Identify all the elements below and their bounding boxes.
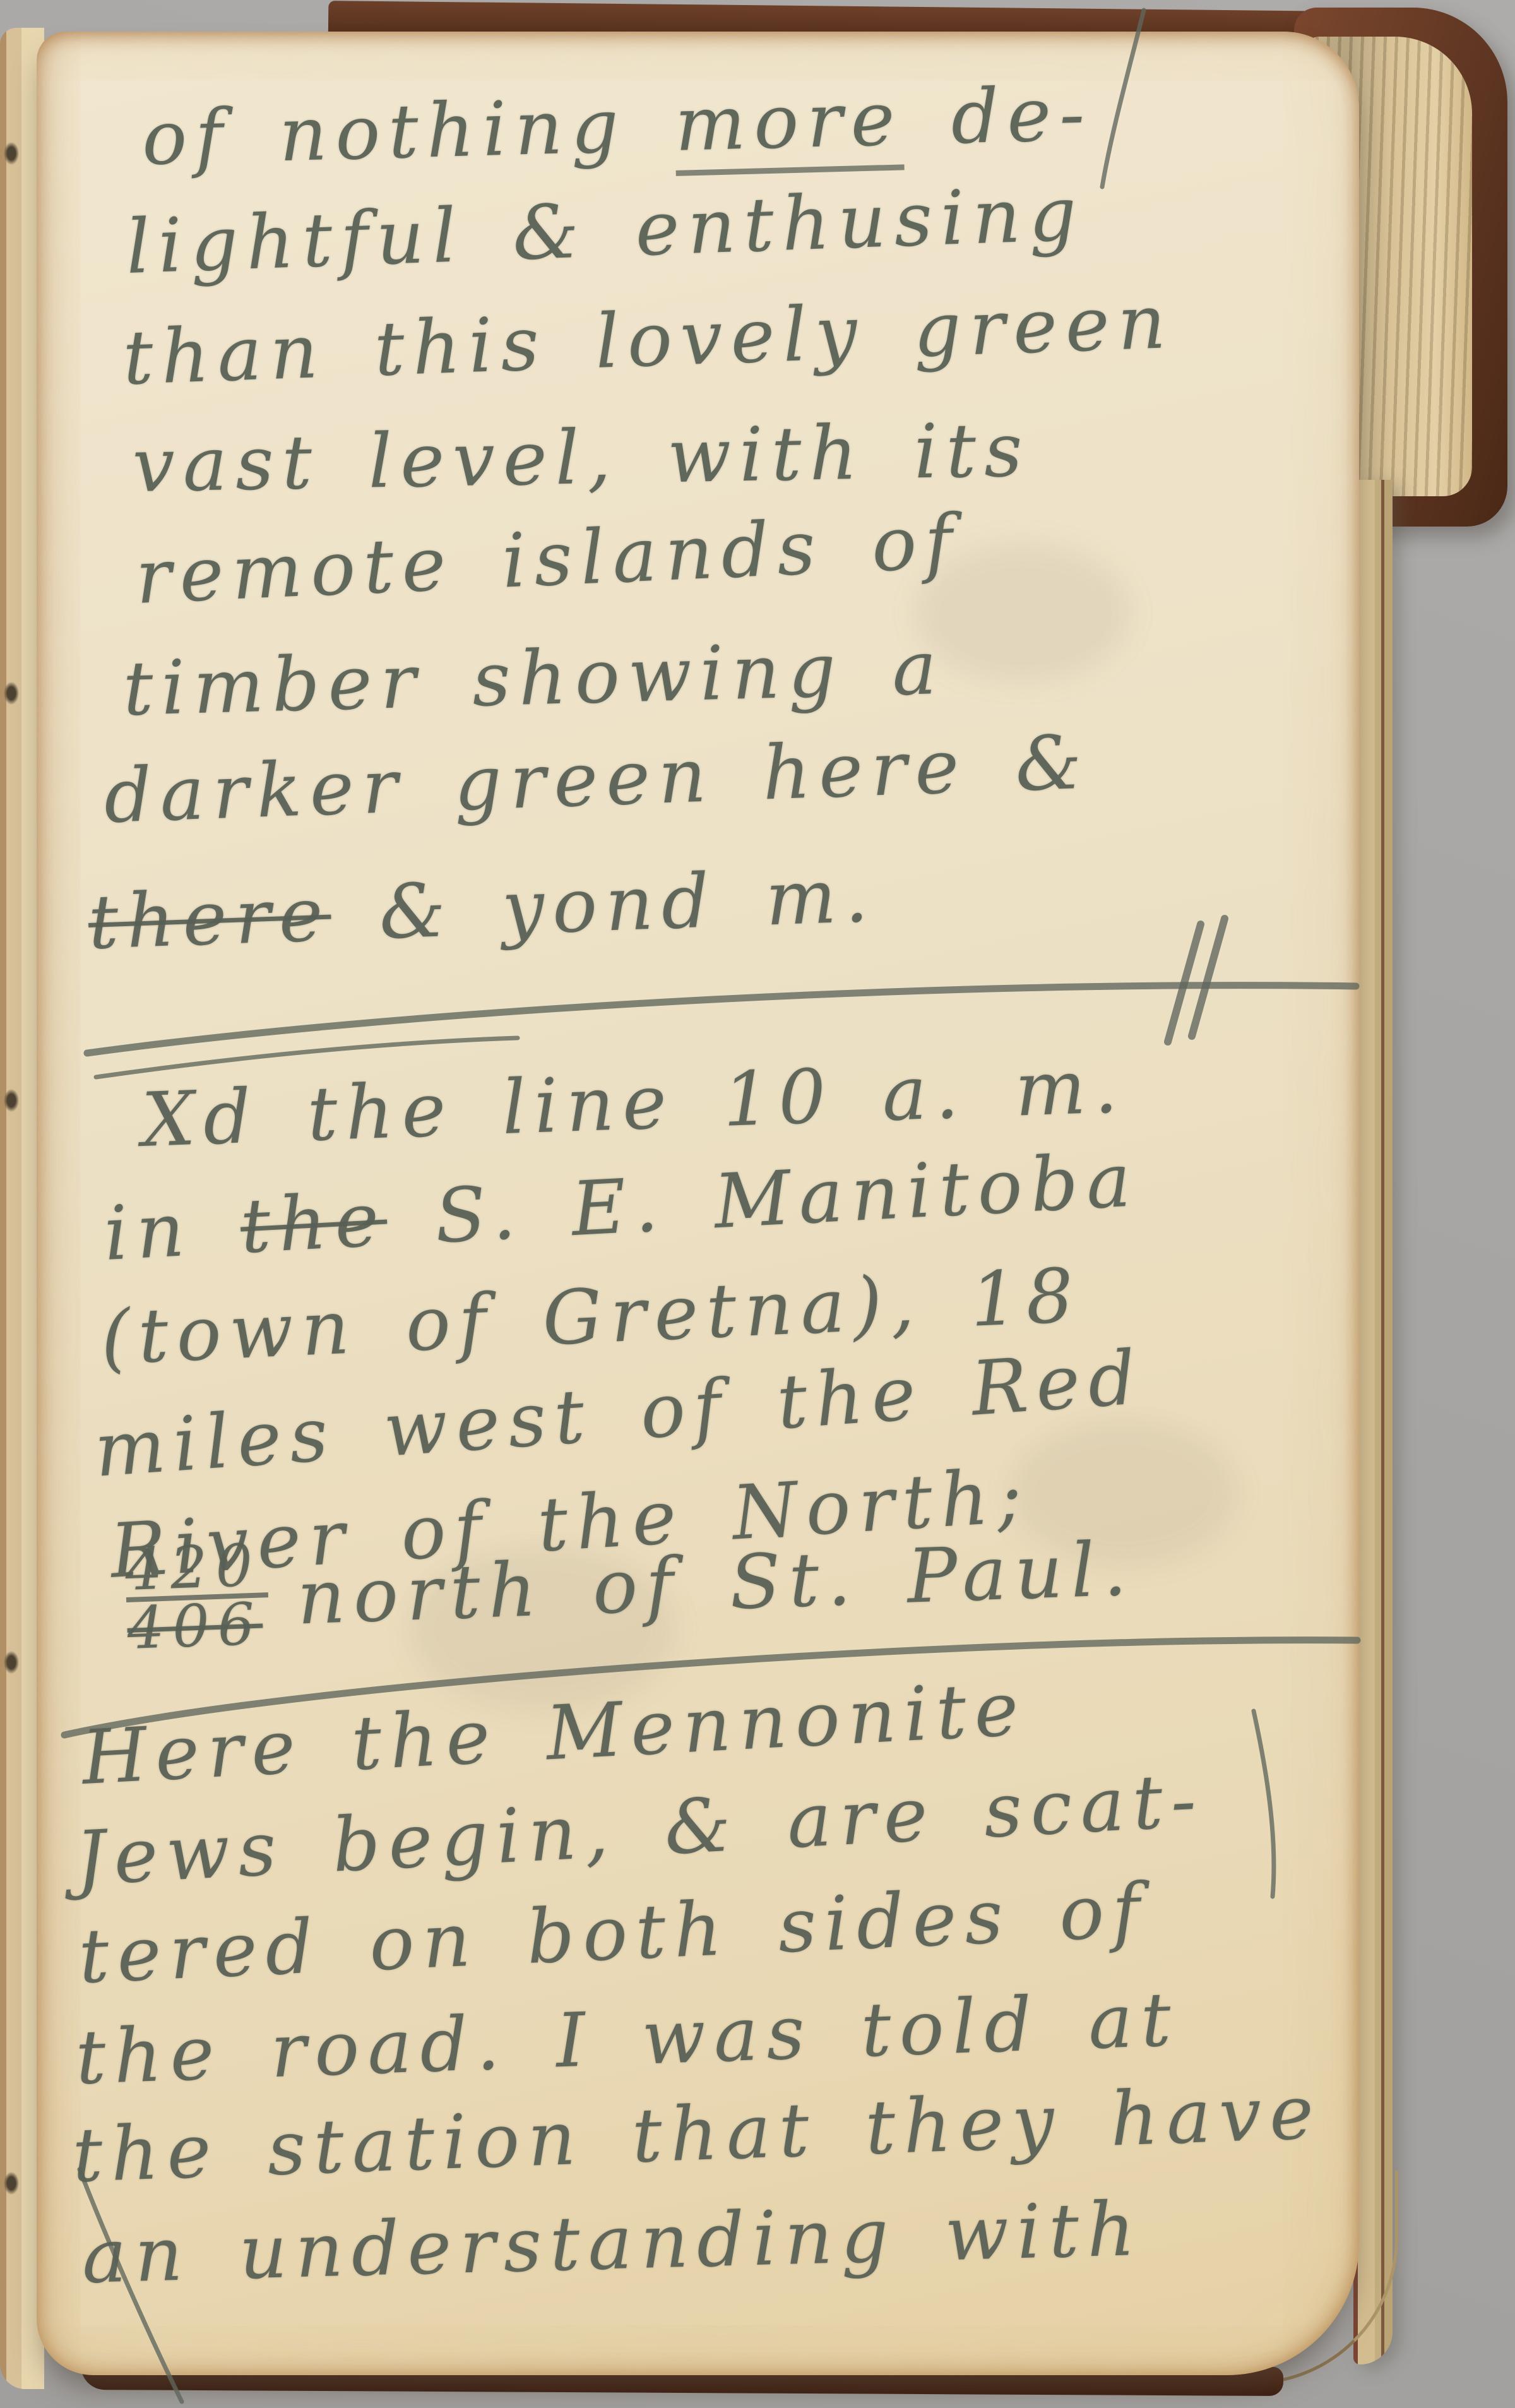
handwriting-text: remote islands of bbox=[134, 498, 962, 621]
struck-word: there bbox=[87, 871, 333, 966]
handwriting-text: vast level, with its bbox=[132, 406, 1031, 509]
handwriting-layer: of nothing more de- lightful & enthusing… bbox=[0, 0, 1515, 2408]
underlined-word: more bbox=[674, 75, 904, 176]
handwriting-line: an understanding with bbox=[81, 2185, 1144, 2300]
mileage-correction-stack: 420406 bbox=[124, 1539, 270, 1655]
struck-word: the bbox=[238, 1176, 389, 1270]
handwriting-text: S. E. Manitoba bbox=[384, 1136, 1141, 1262]
handwriting-text: lightful & enthusing bbox=[125, 170, 1086, 290]
handwriting-text: de- bbox=[901, 70, 1093, 162]
handwriting-text: in bbox=[102, 1183, 242, 1277]
handwriting-text: timber showing a bbox=[122, 624, 946, 732]
handwriting-text: north of St. Paul. bbox=[295, 1525, 1136, 1641]
handwriting-line: there & yond m. bbox=[87, 851, 878, 965]
handwriting-line: timber showing a bbox=[122, 624, 946, 732]
notebook-photo: of nothing more de- lightful & enthusing… bbox=[0, 0, 1515, 2408]
handwriting-text: darker green here & bbox=[103, 718, 1091, 840]
struck-number: 406 bbox=[126, 1597, 270, 1655]
handwriting-text: of nothing bbox=[141, 81, 676, 182]
handwriting-line: darker green here & bbox=[103, 718, 1091, 840]
handwriting-line: than this lovely green bbox=[122, 278, 1175, 402]
handwriting-text: than this lovely green bbox=[122, 278, 1175, 402]
handwriting-line: remote islands of bbox=[134, 498, 962, 621]
handwriting-line: vast level, with its bbox=[132, 406, 1031, 509]
handwriting-text: & yond m. bbox=[330, 851, 877, 957]
handwriting-text: an understanding with bbox=[81, 2185, 1144, 2300]
handwriting-line: lightful & enthusing bbox=[125, 170, 1086, 290]
handwriting-line: of nothing more de- bbox=[141, 70, 1094, 182]
